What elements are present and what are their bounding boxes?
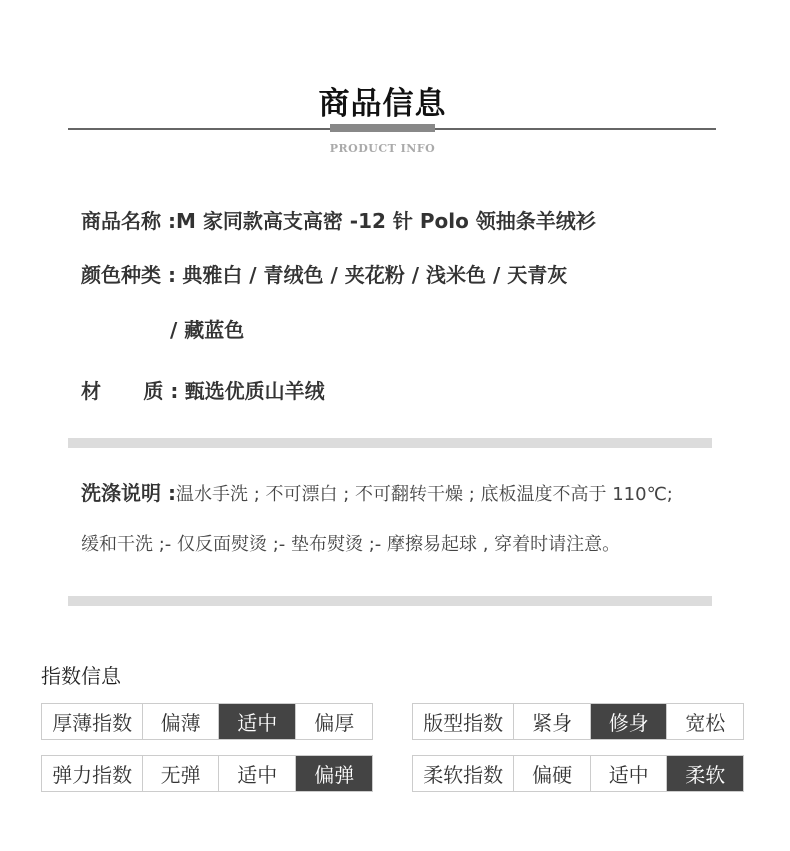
color-row: 颜色种类 : 典雅白 / 青绒色 / 夹花粉 / 浅米色 / 天青灰 <box>81 259 567 288</box>
section-divider <box>68 596 712 606</box>
index-option-selected: 适中 <box>218 704 296 739</box>
index-option: 适中 <box>218 756 296 791</box>
index-table-softness: 柔软指数 偏硬 适中 柔软 <box>412 755 744 792</box>
index-option: 偏硬 <box>513 756 590 791</box>
index-option-selected: 修身 <box>590 704 667 739</box>
color-value-cont: / 藏蓝色 <box>170 318 244 342</box>
page-title: 商品信息 <box>0 78 765 123</box>
index-table-thickness: 厚薄指数 偏薄 适中 偏厚 <box>41 703 373 740</box>
index-option: 偏薄 <box>142 704 218 739</box>
color-label: 颜色种类 : <box>81 263 176 287</box>
index-option-selected: 柔软 <box>666 756 743 791</box>
index-label: 弹力指数 <box>42 756 142 791</box>
product-name-label: 商品名称 : <box>81 209 176 233</box>
wash-line2: 缓和干洗 ;- 仅反面熨烫 ;- 垫布熨烫 ;- 摩擦易起球 , 穿着时请注意。 <box>81 534 620 555</box>
wash-label: 洗涤说明 : <box>81 481 176 505</box>
material-row: 材 质 : 甄选优质山羊绒 <box>81 375 325 404</box>
material-label-b: 质 : <box>143 379 178 403</box>
index-label: 版型指数 <box>413 704 513 739</box>
page-subtitle: PRODUCT INFO <box>0 142 765 155</box>
index-table-fit: 版型指数 紧身 修身 宽松 <box>412 703 744 740</box>
material-label-a: 材 <box>81 379 101 403</box>
index-table-elasticity: 弹力指数 无弹 适中 偏弹 <box>41 755 373 792</box>
color-row-cont: / 藏蓝色 <box>170 314 244 343</box>
index-option: 无弹 <box>142 756 218 791</box>
color-value: 典雅白 / 青绒色 / 夹花粉 / 浅米色 / 天青灰 <box>182 263 567 287</box>
product-name-row: 商品名称 :M 家同款高支高密 -12 针 Polo 领抽条羊绒衫 <box>81 205 596 234</box>
material-value: 甄选优质山羊绒 <box>185 379 325 403</box>
index-option-selected: 偏弹 <box>295 756 372 791</box>
title-divider-accent <box>330 124 435 132</box>
product-name-value: M 家同款高支高密 -12 针 Polo 领抽条羊绒衫 <box>176 209 596 233</box>
wash-row-cont: 缓和干洗 ;- 仅反面熨烫 ;- 垫布熨烫 ;- 摩擦易起球 , 穿着时请注意。 <box>81 530 620 556</box>
section-divider <box>68 438 712 448</box>
wash-line1: 温水手洗 ; 不可漂白 ; 不可翻转干燥 ; 底板温度不高于 110℃; <box>176 484 673 505</box>
index-option: 紧身 <box>513 704 590 739</box>
index-label: 柔软指数 <box>413 756 513 791</box>
index-option: 宽松 <box>666 704 743 739</box>
index-option: 适中 <box>590 756 667 791</box>
index-section-title: 指数信息 <box>41 660 121 689</box>
index-option: 偏厚 <box>295 704 372 739</box>
wash-row: 洗涤说明 :温水手洗 ; 不可漂白 ; 不可翻转干燥 ; 底板温度不高于 110… <box>81 477 673 506</box>
index-label: 厚薄指数 <box>42 704 142 739</box>
